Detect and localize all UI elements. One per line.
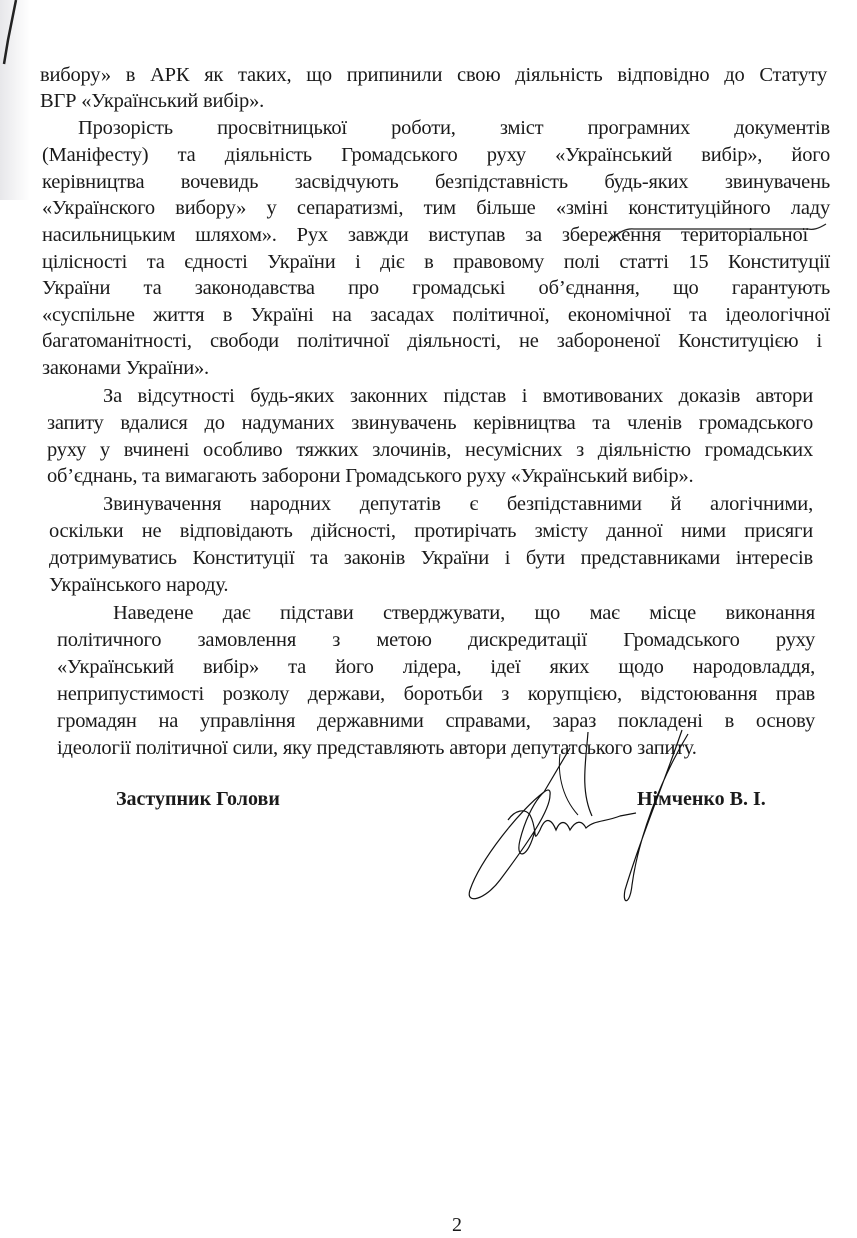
- text-line: руху у вчинені особливо тяжких злочинів,…: [47, 437, 813, 463]
- text-line: «Українского вибору» у сепаратизмі, тим …: [42, 195, 830, 221]
- text-line: дотримуватись Конституції та законів Укр…: [49, 545, 813, 571]
- handwritten-underline-mark: [608, 222, 828, 244]
- text-line: об’єднань, та вимагають заборони Громадс…: [47, 463, 693, 489]
- text-line: цілісності та єдності України і діє в пр…: [42, 249, 830, 275]
- text-line: оскільки не відповідають дійсності, прот…: [49, 518, 813, 544]
- text-line: ВГР «Український вибір».: [40, 88, 264, 114]
- text-line: «Український вибір» та його лідера, ідеї…: [57, 654, 815, 680]
- text-line: За відсутності будь-яких законних підста…: [103, 383, 813, 409]
- text-line: Прозорість просвітницької роботи, зміст …: [78, 115, 830, 141]
- text-line: Українського народу.: [49, 572, 228, 598]
- text-line: політичного замовлення з метою дискредит…: [57, 627, 815, 653]
- text-line: Наведене дає підстави стверджувати, що м…: [113, 600, 815, 626]
- text-line: багатоманітності, свободи політичної дія…: [42, 328, 822, 354]
- text-line: керівництва вочевидь засвідчують безпідс…: [42, 169, 830, 195]
- text-line: України та законодавства про громадські …: [42, 275, 830, 301]
- handwritten-signature: [460, 720, 710, 910]
- page-number: 2: [452, 1214, 462, 1237]
- text-line: Звинувачення народних депутатів є безпід…: [103, 491, 813, 517]
- text-line: неприпустимості розколу держави, боротьб…: [57, 681, 815, 707]
- signatory-position: Заступник Голови: [116, 788, 280, 811]
- text-line: (Маніфесту) та діяльність Громадського р…: [42, 142, 830, 168]
- scan-edge-line: [0, 0, 40, 70]
- text-line: запиту вдалися до надуманих звинувачень …: [47, 410, 813, 436]
- text-line: «суспільне життя в Україні на засадах по…: [42, 302, 830, 328]
- text-line: вибору» в АРК як таких, що припинили сво…: [40, 62, 827, 88]
- text-line: законами України».: [42, 355, 209, 381]
